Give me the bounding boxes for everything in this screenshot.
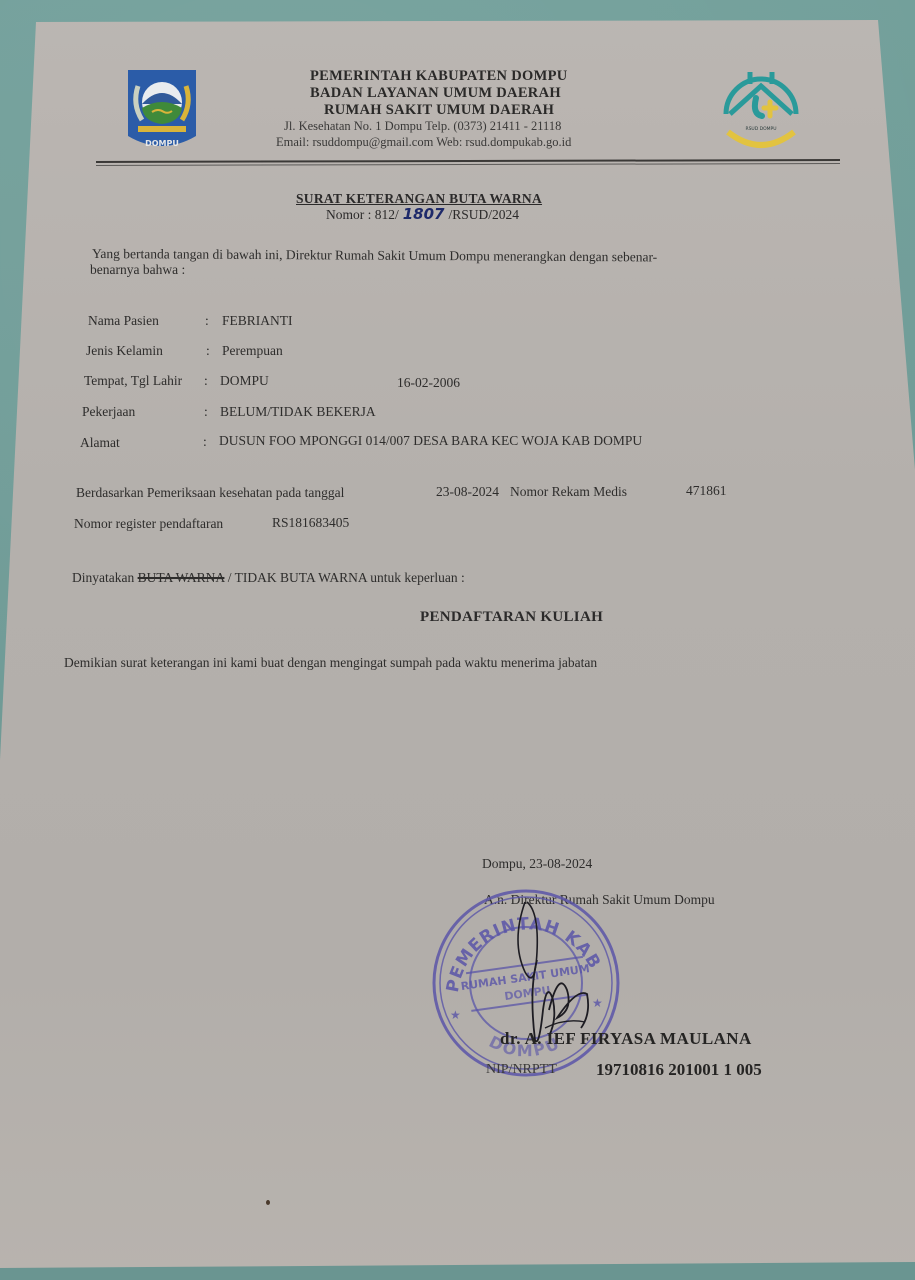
letterhead-address: Jl. Kesehatan No. 1 Dompu Telp. (0373) 2… xyxy=(284,119,561,134)
letterhead-line-agency: BADAN LAYANAN UMUM DAERAH xyxy=(310,85,561,102)
field-separator: : xyxy=(203,434,207,450)
purpose: PENDAFTARAN KULIAH xyxy=(420,609,603,626)
signer-name: dr. A. IEF FIRYASA MAULANA xyxy=(500,1029,752,1049)
field-separator: : xyxy=(206,343,210,359)
statement-prefix: Dinyatakan xyxy=(72,570,134,585)
field-label-birth: Tempat, Tgl Lahir xyxy=(84,373,182,389)
letterhead-line-hospital: RUMAH SAKIT UMUM DAERAH xyxy=(324,102,554,119)
statement-rest: / TIDAK BUTA WARNA untuk keperluan : xyxy=(228,570,465,585)
document-number-handwritten: 1807 xyxy=(403,205,445,223)
rsud-dompu-house-cross-icon: RSUD DOMPU xyxy=(720,64,802,154)
field-value-birth-date: 16-02-2006 xyxy=(397,375,460,391)
field-separator: : xyxy=(204,404,208,420)
field-value-address: DUSUN FOO MPONGGI 014/007 DESA BARA KEC … xyxy=(219,433,642,449)
handwritten-signature xyxy=(505,900,605,1050)
letterhead-line-government: PEMERINTAH KABUPATEN DOMPU xyxy=(310,68,568,85)
letterhead-contact: Email: rsuddompu@gmail.com Web: rsud.dom… xyxy=(276,135,571,150)
svg-text:RSUD DOMPU: RSUD DOMPU xyxy=(745,126,776,132)
field-label-gender: Jenis Kelamin xyxy=(86,343,163,359)
statement-line: Dinyatakan BUTA WARNA / TIDAK BUTA WARNA… xyxy=(72,570,465,586)
field-separator: : xyxy=(205,313,209,329)
signer-nip: 19710816 201001 1 005 xyxy=(596,1060,762,1080)
svg-text:DOMPU: DOMPU xyxy=(145,139,179,148)
statement-struck-option: BUTA WARNA xyxy=(138,570,225,585)
document-number: Nomor : 812/ 1807 /RSUD/2024 xyxy=(326,205,519,224)
field-value-birth-place: DOMPU xyxy=(220,373,269,389)
signer-nip-label: NIP/NRPTT xyxy=(486,1062,557,1078)
signature-place-date: Dompu, 23-08-2024 xyxy=(482,856,592,872)
intro-line-2: benarnya bahwa : xyxy=(90,262,185,278)
svg-text:★: ★ xyxy=(450,1008,461,1022)
field-label-patient-name: Nama Pasien xyxy=(88,313,159,329)
register-label: Nomor register pendaftaran xyxy=(74,516,223,532)
medical-record-label: Nomor Rekam Medis xyxy=(510,484,627,500)
field-label-occupation: Pekerjaan xyxy=(82,404,135,420)
medical-record-number: 471861 xyxy=(686,483,727,499)
exam-label: Berdasarkan Pemeriksaan kesehatan pada t… xyxy=(76,485,344,501)
field-value-gender: Perempuan xyxy=(222,343,283,359)
exam-date: 23-08-2024 xyxy=(436,484,499,500)
field-separator: : xyxy=(204,373,208,389)
dompu-regency-crest-icon: DOMPU xyxy=(126,68,198,154)
field-value-patient-name: FEBRIANTI xyxy=(222,313,293,329)
register-number: RS181683405 xyxy=(272,515,349,531)
document-number-prefix: Nomor : 812/ xyxy=(326,207,399,222)
field-label-address: Alamat xyxy=(80,435,120,451)
document-number-suffix: /RSUD/2024 xyxy=(449,207,520,222)
field-value-occupation: BELUM/TIDAK BEKERJA xyxy=(220,404,376,420)
closing-statement: Demikian surat keterangan ini kami buat … xyxy=(64,655,597,671)
paper-speck xyxy=(266,1200,270,1205)
